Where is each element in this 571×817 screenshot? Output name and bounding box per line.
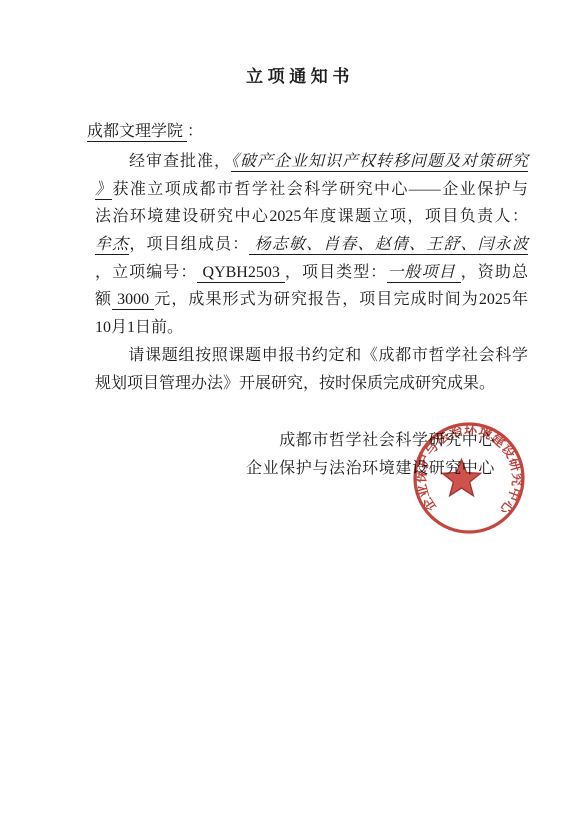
text-segment: 元，成果形式为研究报告，项目完成时间为2025年 bbox=[154, 291, 528, 308]
filled-in-field: 《破产企业知识产权转移问题及对策研究 bbox=[231, 153, 528, 172]
text-segment: ，资助总 bbox=[461, 264, 528, 281]
text-segment: 请课题组按照课题申报书约定和《成都市哲学社会科学 bbox=[95, 347, 528, 364]
body-paragraph-1: 经审查批准，《破产企业知识产权转移问题及对策研究》获准立项成都市哲学社会科学研究… bbox=[95, 148, 528, 342]
text-line: 10月1日前。 bbox=[95, 314, 528, 342]
document-title: 立项通知书 bbox=[246, 62, 354, 87]
body-paragraph-2: 请课题组按照课题申报书约定和《成都市哲学社会科学规划项目管理办法》开展研究，按时… bbox=[95, 342, 528, 397]
text-line: 经审查批准，《破产企业知识产权转移问题及对策研究 bbox=[95, 148, 528, 176]
text-line: 请课题组按照课题申报书约定和《成都市哲学社会科学 bbox=[95, 342, 528, 370]
filled-in-field: 杨志敏、肖春、赵倩、王舒、闫永波 bbox=[249, 236, 528, 255]
text-segment: 法治环境建设研究中心2025年度课题立项，项目负责人： bbox=[95, 208, 528, 225]
signature-block: 成都市哲学社会科学研究中心 企业保护与法治环境建设研究中心 bbox=[95, 427, 495, 482]
addressee-line: 成都文理学院 ： bbox=[87, 118, 203, 141]
text-segment: 经审查批准， bbox=[95, 153, 231, 170]
text-line: 》获准立项成都市哲学社会科学研究中心——企业保护与 bbox=[95, 176, 528, 204]
addressee-colon: ： bbox=[187, 123, 203, 140]
text-segment: 额 bbox=[95, 291, 112, 308]
text-line: 额 3000 元，成果形式为研究报告，项目完成时间为2025年 bbox=[95, 286, 528, 314]
text-line: 规划项目管理办法》开展研究，按时保质完成研究成果。 bbox=[95, 370, 528, 398]
text-segment: ，项目组成员： bbox=[129, 236, 249, 253]
filled-in-field: 》 bbox=[95, 181, 112, 200]
text-line: ，立项编号： QYBH2503 ，项目类型：一般项目 ，资助总 bbox=[95, 259, 528, 287]
signature-line-1: 成都市哲学社会科学研究中心 bbox=[95, 427, 495, 455]
text-segment: 获准立项成都市哲学社会科学研究中心——企业保护与 bbox=[112, 181, 528, 198]
text-segment: ，立项编号： bbox=[95, 264, 197, 281]
filled-in-field: 一般项目 bbox=[387, 264, 460, 283]
text-segment: ，项目类型： bbox=[285, 264, 387, 281]
text-segment: 规划项目管理办法》开展研究，按时保质完成研究成果。 bbox=[95, 375, 495, 392]
filled-in-field: 牟杰 bbox=[95, 236, 129, 255]
document-page: 立项通知书 成都文理学院 ： 经审查批准，《破产企业知识产权转移问题及对策研究》… bbox=[0, 0, 571, 817]
text-line: 法治环境建设研究中心2025年度课题立项，项目负责人： bbox=[95, 203, 528, 231]
text-segment: 10月1日前。 bbox=[95, 319, 183, 336]
addressee-name: 成都文理学院 bbox=[87, 123, 187, 142]
text-line: 牟杰，项目组成员： 杨志敏、肖春、赵倩、王舒、闫永波 bbox=[95, 231, 528, 259]
signature-line-2: 企业保护与法治环境建设研究中心 bbox=[95, 455, 495, 483]
filled-in-field: 3000 bbox=[112, 291, 154, 310]
filled-in-field: QYBH2503 bbox=[197, 264, 284, 283]
